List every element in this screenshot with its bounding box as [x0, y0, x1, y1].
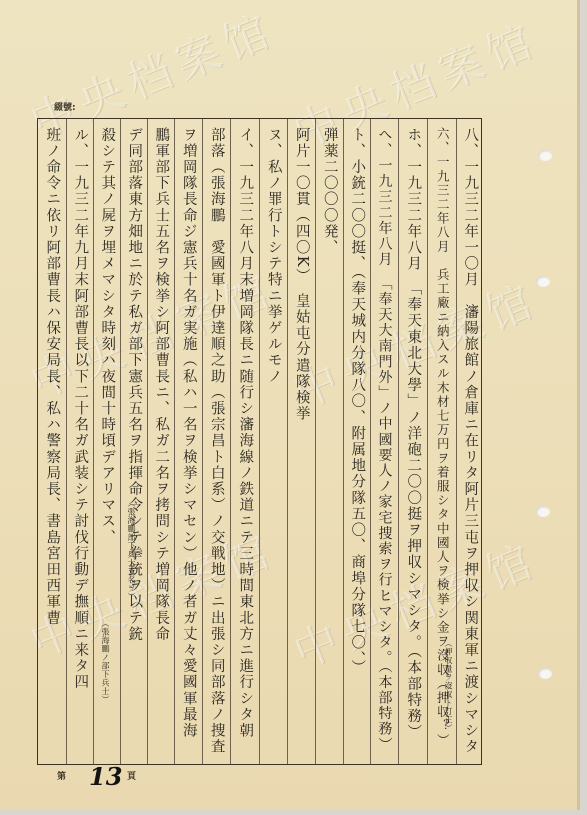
- handwritten-line: 弾薬二〇〇〇発、: [322, 127, 337, 256]
- manuscript-column: ル、一九三二年九月末阿部曹長以下二十名ガ武装シテ討伐行動デ撫順ニ来タ四: [66, 119, 93, 764]
- handwritten-line: 鵬軍部下兵士五名ヲ検挙シ阿部曹長ニ、私ガ二名ヲ拷問シテ増岡隊長命: [154, 127, 169, 642]
- manuscript-column: 鵬軍部下兵士五名ヲ検挙シ阿部曹長ニ、私ガ二名ヲ拷問シテ増岡隊長命: [147, 119, 174, 764]
- page-number: 13: [89, 762, 122, 791]
- handwritten-line: ホ、一九三二年八月 「奉天東北大學」ノ洋砲二〇〇挺ヲ押収シマシタ。（本部特務）: [406, 127, 421, 740]
- manuscript-column: ヲ増岡隊長命ジ憲兵十名ガ実施（私ハ一名ヲ検挙シマセン）他ノ者ガ丈々愛國軍最海: [174, 119, 202, 764]
- manuscript-column: 阿片一〇貫（四〇K） 皇姑屯分遣隊検挙: [287, 119, 315, 764]
- handwritten-line: 部落（張海鵬 愛國軍ト伊達順之助（張宗昌ト白系）ノ交戦地）ニ出張シ同部落ノ捜査: [209, 127, 224, 755]
- handwritten-line: 殺シテ其ノ屍ヲ埋メマシタ時刻ハ夜間十時頃デアリマス、: [100, 127, 115, 546]
- manuscript-column: ト、小銃二〇〇挺、（奉天城内分隊八〇、附属地分隊五〇、商埠分隊七〇、）: [343, 119, 370, 764]
- handwritten-line: 阿片一〇貫（四〇K） 皇姑屯分遣隊検挙: [294, 127, 309, 422]
- manuscript-column: 弾薬二〇〇〇発、: [315, 119, 343, 764]
- document-page: 中央档案馆 中央档案馆 中央档案馆 中央档案馆 中央档案馆 中央档案馆 綴號: …: [0, 0, 580, 810]
- handwritten-line: ヌ、私ノ罪行トシテ特ニ挙ゲルモノ: [266, 127, 281, 385]
- margin-annotation: （押収量ヲ沒収ト訂正）: [443, 639, 454, 733]
- handwritten-line: ル、一九三二年九月末阿部曹長以下二十名ガ武装シテ討伐行動デ撫順ニ来タ四: [73, 127, 88, 691]
- margin-annotation: （張海鵬ノ部下兵士）: [100, 619, 111, 704]
- punch-hole: [536, 276, 550, 287]
- margin-annotation: （張海鵬部下兵士五名ヲ）: [126, 499, 137, 601]
- manuscript-grid: 八、一九三二年一〇月 瀋陽旅館ノ倉庫ニ在リタ阿片三屯ヲ押収シ関東軍ニ渡シマシタ六…: [37, 118, 482, 765]
- manuscript-column: ヌ、私ノ罪行トシテ特ニ挙ゲルモノ: [259, 119, 287, 764]
- page-suffix: 頁: [127, 769, 136, 782]
- manuscript-column: 班ノ命令ニ依リ阿部曹長ハ保安局長、私ハ警察局長、書島宮田西軍曹: [38, 119, 66, 764]
- punch-hole: [538, 668, 552, 679]
- manuscript-column: へ、一九三二年八月 「奉天大南門外」ノ中國要人ノ家宅捜索ヲ行ヒマシタ。（本部特務…: [370, 119, 398, 764]
- manuscript-column: 八、一九三二年一〇月 瀋陽旅館ノ倉庫ニ在リタ阿片三屯ヲ押収シ関東軍ニ渡シマシタ: [456, 119, 483, 764]
- handwritten-line: イ、一九三二年八月末増岡隊長ニ随行シ瀋海線ノ鉄道ニテ三時間東北方ニ進行シタ朝: [238, 127, 253, 739]
- manuscript-column: ホ、一九三二年八月 「奉天東北大學」ノ洋砲二〇〇挺ヲ押収シマシタ。（本部特務）: [398, 119, 427, 764]
- file-number-label: 綴號:: [54, 100, 76, 113]
- handwritten-line: ト、小銃二〇〇挺、（奉天城内分隊八〇、附属地分隊五〇、商埠分隊七〇、）: [350, 127, 365, 676]
- handwritten-line: 班ノ命令ニ依リ阿部曹長ハ保安局長、私ハ警察局長、書島宮田西軍曹: [45, 127, 60, 626]
- handwritten-line: 八、一九三二年一〇月 瀋陽旅館ノ倉庫ニ在リタ阿片三屯ヲ押収シ関東軍ニ渡シマシタ: [463, 127, 478, 755]
- handwritten-line: へ、一九三二年八月 「奉天大南門外」ノ中國要人ノ家宅捜索ヲ行ヒマシタ。（本部特務…: [378, 127, 392, 753]
- punch-hole: [536, 506, 550, 517]
- page-prefix: 第: [57, 769, 66, 782]
- manuscript-column: イ、一九三二年八月末増岡隊長ニ随行シ瀋海線ノ鉄道ニテ三時間東北方ニ進行シタ朝: [230, 119, 259, 764]
- handwritten-line: ヲ増岡隊長命ジ憲兵十名ガ実施（私ハ一名ヲ検挙シマセン）他ノ者ガ丈々愛國軍最海: [181, 127, 196, 739]
- manuscript-column: 部落（張海鵬 愛國軍ト伊達順之助（張宗昌ト白系）ノ交戦地）ニ出張シ同部落ノ捜査: [202, 119, 230, 764]
- manuscript-column: デ同部落東方畑地ニ於テ私ガ部下憲兵五名ヲ指揮命令シテ拳銃ヲ以テ銃: [120, 119, 147, 764]
- punch-hole: [538, 150, 552, 161]
